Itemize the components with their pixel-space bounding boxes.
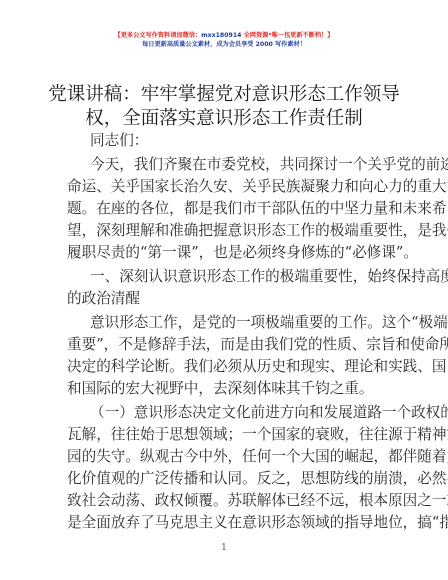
promo-banner-line-2: 每日更新高质量公文素材，成为会员享受 2000 写作素材！ <box>0 40 448 49</box>
section-heading-line: 一、深刻认识意识形态工作的极端重要性，始终保持高度 <box>90 267 381 287</box>
body-line: 望，深刻理解和准确把握意识形态工作的极端重要性，是我们 <box>67 221 381 241</box>
body-line: 今天，我们齐聚在市委党校，共同探讨一个关乎党的前途 <box>90 155 381 175</box>
body-line: 瓦解，往往始于思想领域；一个国家的衰败，往往源于精神家 <box>67 425 381 445</box>
body-line: 和国际的宏大视野中，去深刻体味其千钧之重。 <box>67 379 381 399</box>
page-number: 1 <box>0 543 448 553</box>
body-line: 是全面放弃了马克思主义在意识形态领域的指导地位，搞“指 <box>67 513 381 533</box>
body-line: 履职尽责的“第一课”，也是必须终身修炼的“必修课”。 <box>67 243 381 263</box>
subsection-heading-line: （一）意识形态决定文化前进方向和发展道路一个政权的 <box>90 403 381 423</box>
body-line: 化价值观的广泛传播和认同。反之，思想防线的崩溃，必然导 <box>67 469 381 489</box>
body-line: 题。在座的各位，都是我们市干部队伍的中坚力量和未来希 <box>67 199 381 219</box>
body-line: 致社会动荡、政权倾覆。苏联解体已经不远，根本原因之一就 <box>67 491 381 511</box>
section-heading-line: 的政治清醒 <box>67 289 381 309</box>
body-line: 意识形态工作，是党的一项极端重要的工作。这个“极端 <box>90 313 381 333</box>
promo-banner-prefix: 【更多公文写作资料请加微信： <box>115 32 202 39</box>
body-line: 重要”，不是修辞手法，而是由我们党的性质、宗旨和使命所 <box>67 335 381 355</box>
title-line-2: 权，全面落实意识形态工作责任制 <box>0 107 448 131</box>
body-line: 决定的科学论断。我们必须从历史和现实、理论和实践、国内 <box>67 357 381 377</box>
body-line: 园的失守。纵观古今中外，任何一个大国的崛起，都伴随着文 <box>67 447 381 467</box>
promo-banner-line-1: 【更多公文写作资料请加微信：mxx180914 全网资源*唯一包更新不断档！】 <box>0 31 448 40</box>
promo-banner-suffix: 全网资源*唯一包更新不断档！】 <box>241 32 333 39</box>
salutation: 同志们： <box>90 131 381 151</box>
body-line: 命运、关乎国家长治久安、关乎民族凝聚力和向心力的重大课 <box>67 177 381 197</box>
title-line-1: 党课讲稿：牢牢掌握党对意识形态工作领导 <box>0 83 448 107</box>
wechat-id: mxx180914 <box>201 32 241 39</box>
